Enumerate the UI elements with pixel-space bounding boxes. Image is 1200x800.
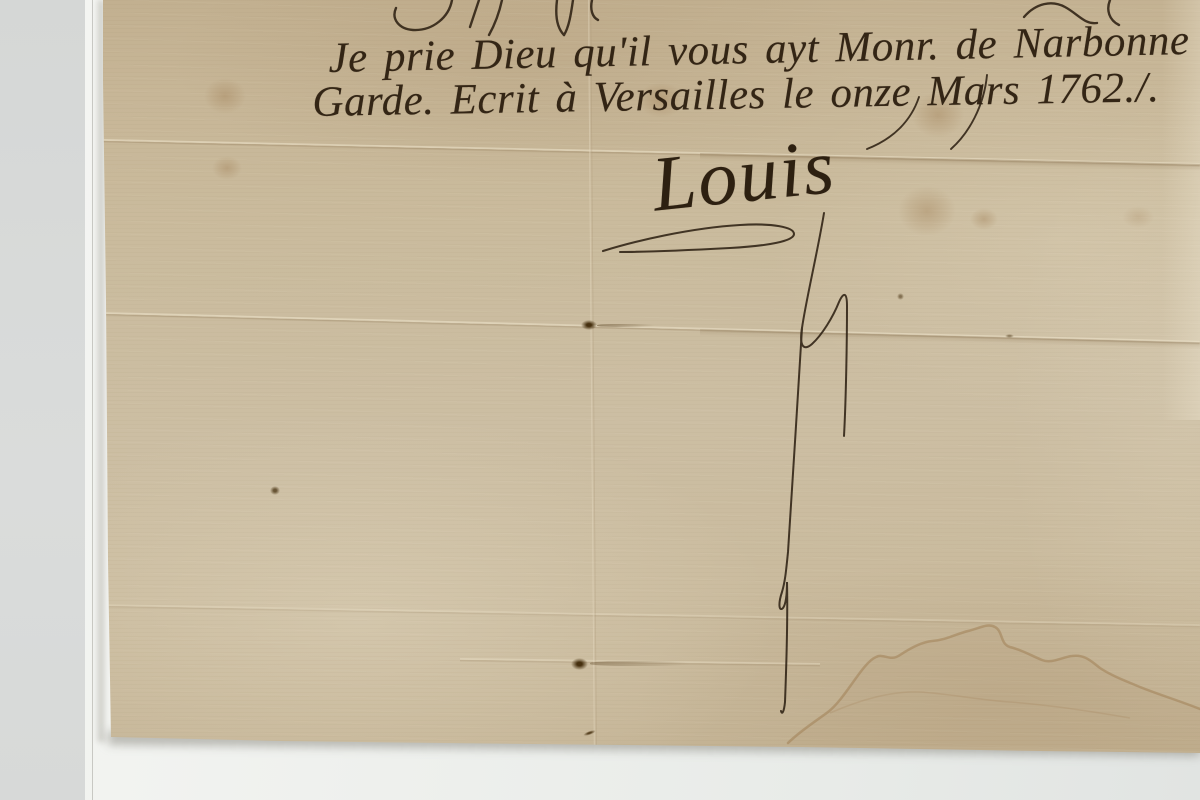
signature-underline-loop bbox=[603, 224, 794, 252]
royal-paraph bbox=[779, 213, 847, 713]
royal-signature: Louis bbox=[648, 121, 840, 230]
photo-of-manuscript: Je prie Dieu qu'il vous ayt Monr. de Nar… bbox=[0, 0, 1200, 800]
